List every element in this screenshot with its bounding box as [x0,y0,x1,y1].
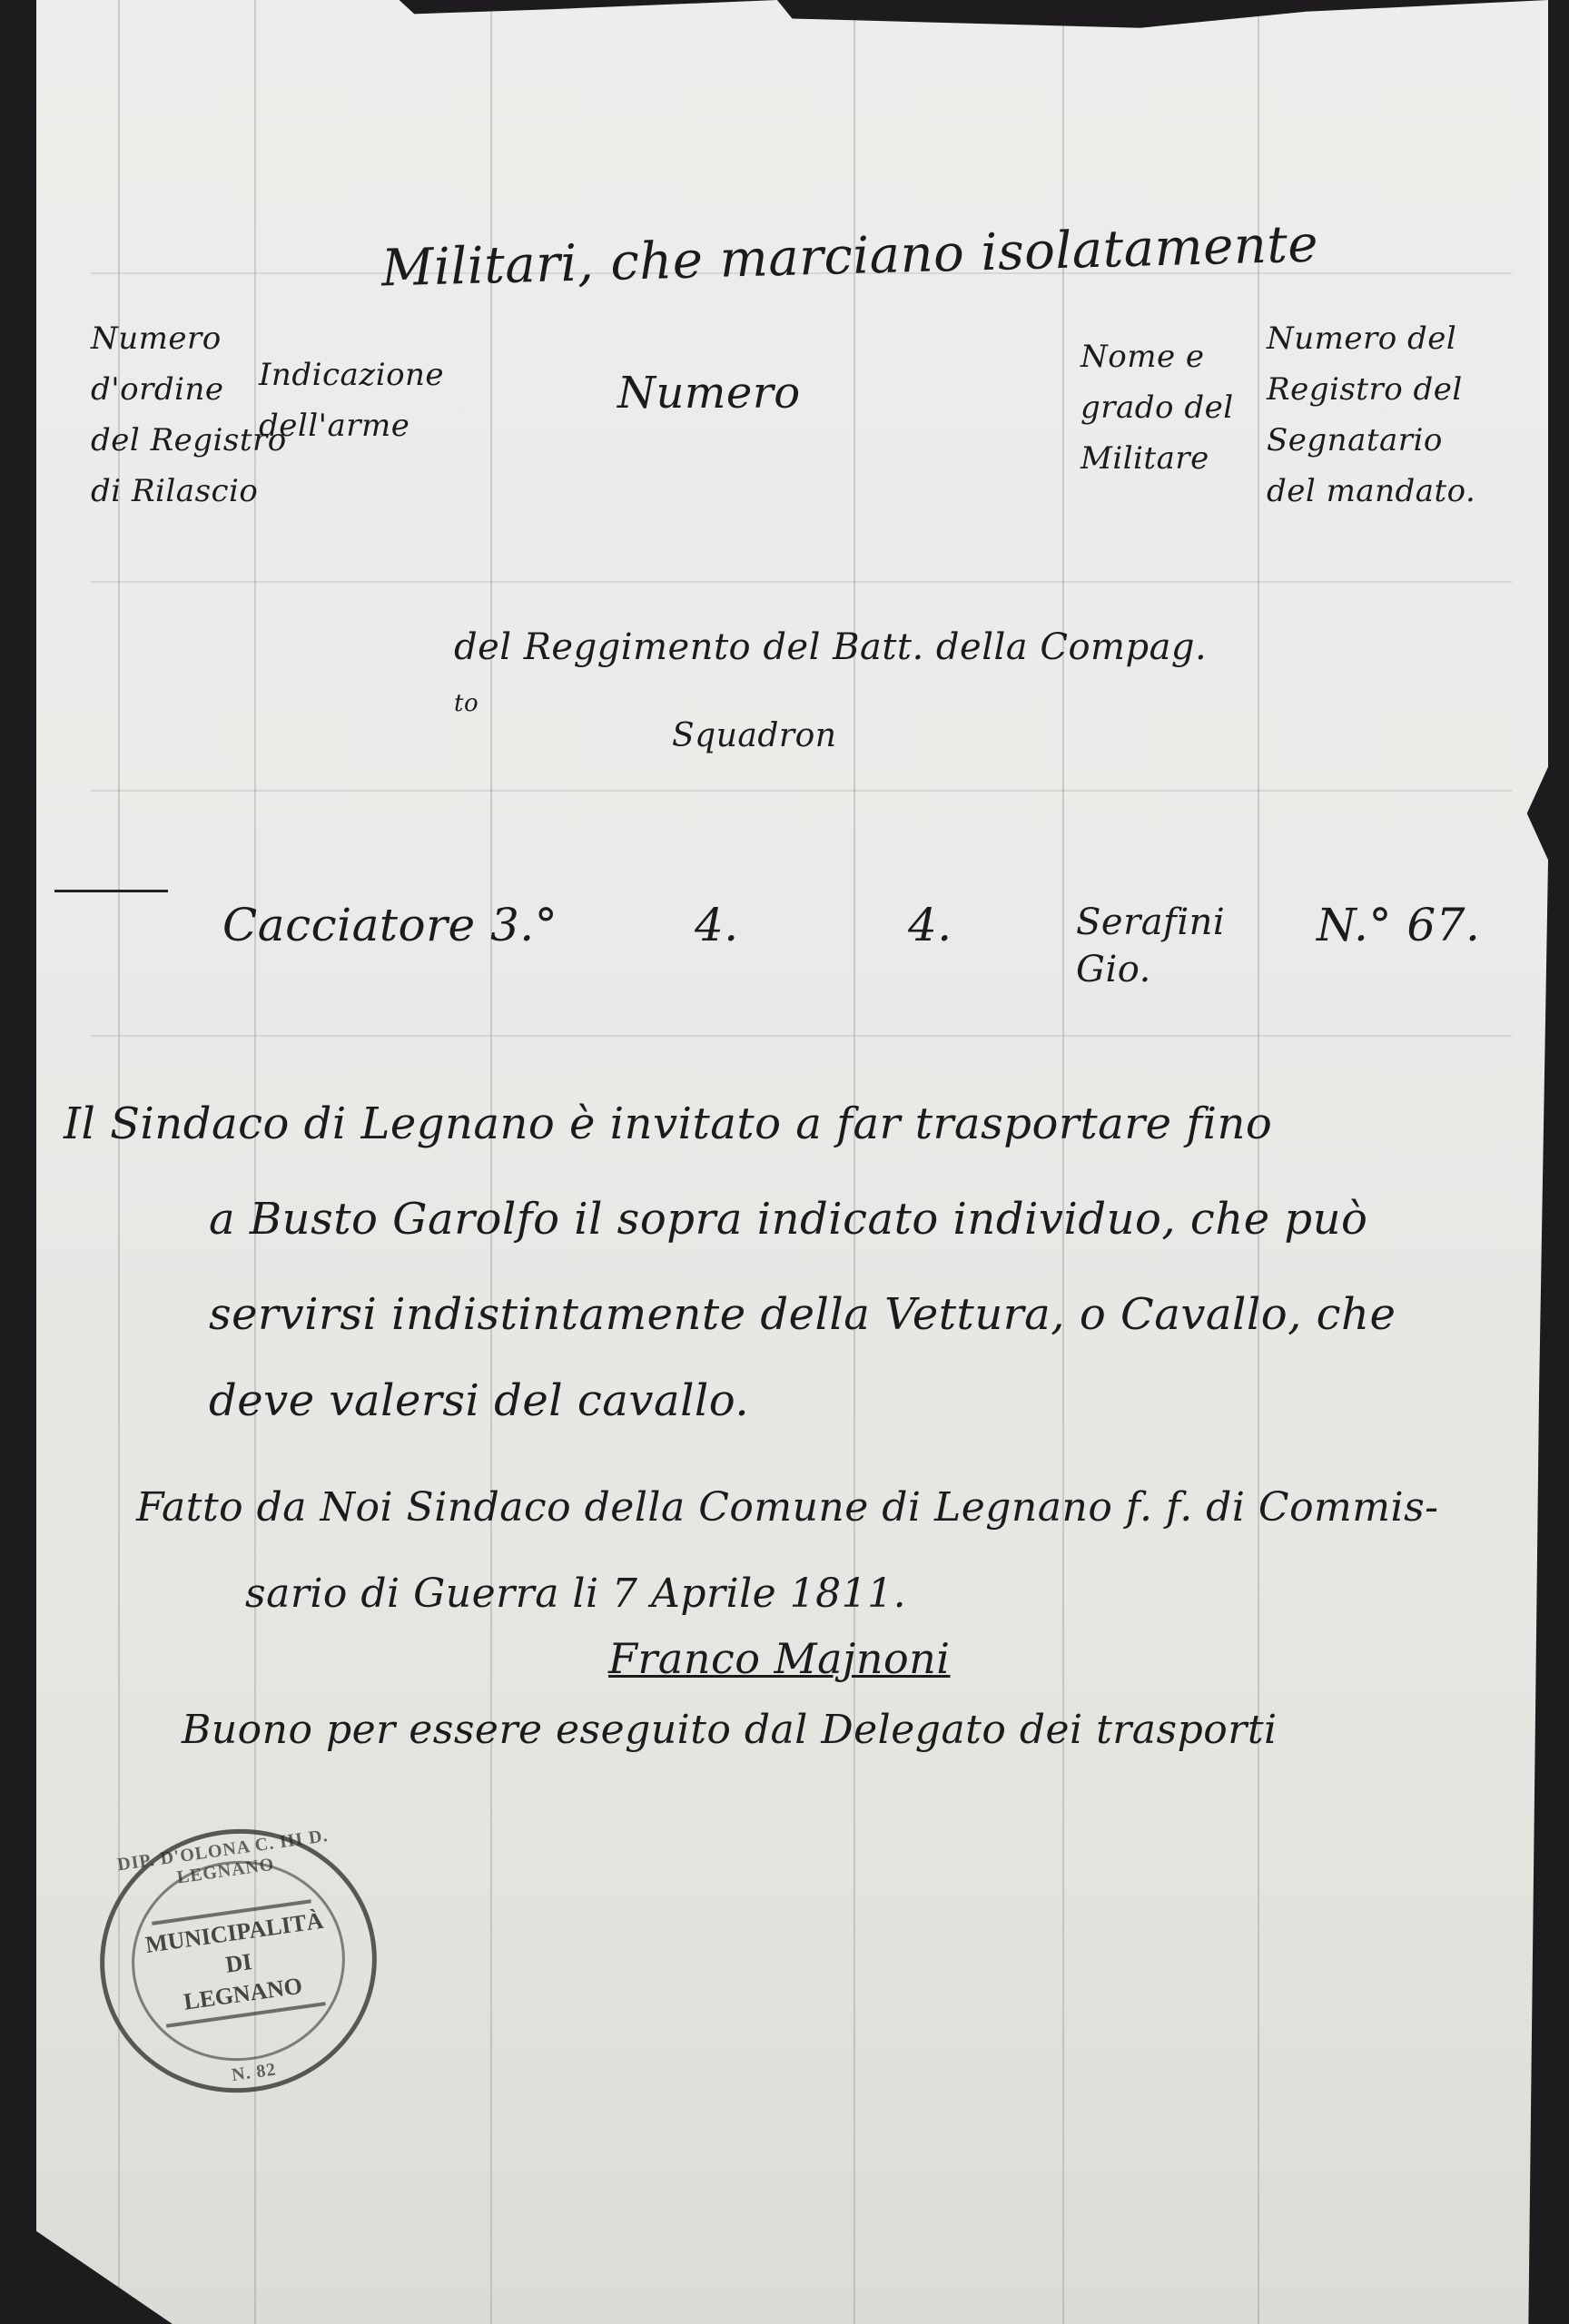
header-line: dell'arme [259,400,444,451]
entry-registro: N.° 67. [1317,899,1480,951]
sub-header-superscript: to [454,690,479,717]
sub-header-squadron: Squadron [672,717,836,754]
header-line: grado del [1081,382,1234,433]
header-line: Numero [91,313,287,364]
header-line: Militare [1081,433,1234,484]
header-line: d'ordine [91,364,287,415]
body-line: a Busto Garolfo il sopra indicato indivi… [209,1194,1367,1245]
row-rule [91,1035,1512,1037]
sub-header-units: del Reggimento del Batt. della Compag. [454,626,1207,668]
header-line: Numero del [1267,313,1475,364]
entry-reggimento: 3.° [490,899,558,951]
entry-arme: Cacciatore [222,899,476,951]
body-line: deve valersi del cavallo. [209,1375,749,1426]
transport-note: Buono per essere eseguito dal Delegato d… [182,1707,1278,1753]
entry-battaglione: 4. [695,899,739,951]
header-line: Segnatario [1267,415,1475,466]
header-line: Registro del [1267,364,1475,415]
header-line: Indicazione [259,350,444,400]
column-header-arme: Indicazione dell'arme [259,350,444,451]
column-rule [854,0,855,2324]
column-header-nome-grado: Nome e grado del Militare [1081,331,1234,484]
header-line: di Rilascio [91,466,287,517]
column-rule [1258,0,1259,2324]
entry-nome: Serafini Gio. [1076,899,1212,993]
column-header-order-number: Numero d'ordine del Registro di Rilascio [91,313,287,517]
header-line: del mandato. [1267,466,1475,517]
body-line: servirsi indistintamente della Vettura, … [209,1289,1396,1340]
entry-compagnia: 4. [908,899,952,951]
column-header-registro-mandato: Numero del Registro del Segnatario del m… [1267,313,1475,517]
stamp-center-text: MUNICIPALITÀ DI LEGNANO [98,1888,380,2039]
header-line: Numero [617,368,801,419]
column-header-numero: Numero [617,368,801,419]
closing-line: sario di Guerra li 7 Aprile 1811. [245,1571,906,1617]
closing-line: Fatto da Noi Sindaco della Comune di Leg… [136,1484,1439,1531]
body-line: Il Sindaco di Legnano è invitato a far t… [64,1098,1272,1149]
row-rule [91,581,1512,583]
signature: Franco Majnoni [608,1634,950,1683]
header-line: Nome e [1081,331,1234,382]
column-rule [1062,0,1064,2324]
order-number-dash [54,890,168,892]
row-rule [91,790,1512,792]
column-rule [490,0,492,2324]
header-line: del Registro [91,415,287,466]
